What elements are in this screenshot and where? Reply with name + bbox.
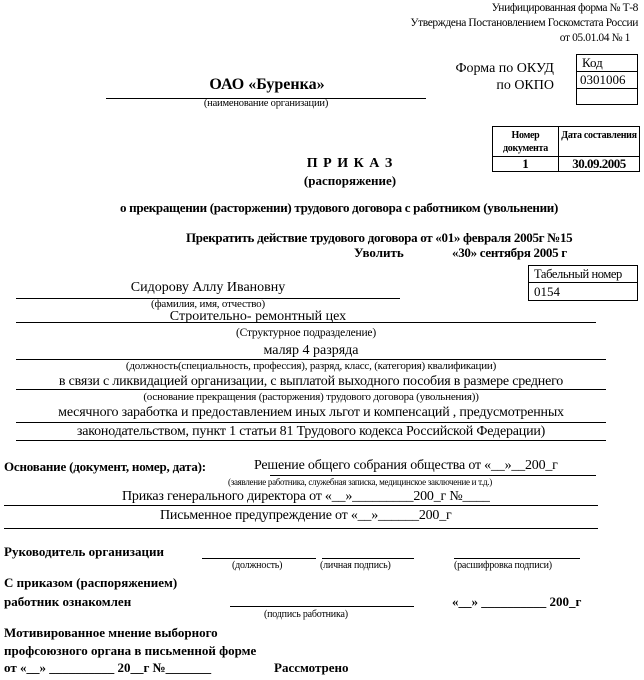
reason-line-3-underline bbox=[16, 440, 606, 441]
doc-number-date-table: Номер документа Дата составления 1 30.09… bbox=[492, 126, 640, 172]
head-signature-line[interactable] bbox=[322, 558, 414, 559]
head-signature-caption: (личная подпись) bbox=[320, 560, 391, 571]
employee-signature-line[interactable] bbox=[230, 606, 414, 607]
basis-caption: (заявление работника, служебная записка,… bbox=[228, 477, 492, 487]
okpo-label: по ОКПО bbox=[496, 78, 554, 94]
basis-label: Основание (документ, номер, дата): bbox=[4, 459, 206, 475]
order-subtitle: (распоряжение) bbox=[250, 173, 450, 189]
reason-caption: (основание прекращения (расторжения) тру… bbox=[16, 391, 606, 403]
doc-number-header: Номер документа bbox=[493, 127, 559, 157]
head-decode-line[interactable] bbox=[454, 558, 580, 559]
dismiss-date: «30» сентября 2005 г bbox=[452, 245, 567, 261]
code-header: Код bbox=[577, 55, 637, 72]
organization-caption: (наименование организации) bbox=[106, 98, 426, 109]
employee-signature-caption: (подпись работника) bbox=[264, 609, 348, 620]
doc-date-value: 30.09.2005 bbox=[559, 157, 639, 171]
head-position-line[interactable] bbox=[202, 558, 316, 559]
head-position-caption: (должность) bbox=[232, 560, 282, 571]
code-box: Код 0301006 bbox=[576, 54, 638, 105]
employee-name: Сидорову Аллу Ивановну bbox=[16, 280, 400, 296]
termination-line: Прекратить действие трудового договора о… bbox=[186, 230, 572, 246]
department-underline bbox=[16, 322, 596, 323]
doc-date-header: Дата составления bbox=[559, 127, 639, 157]
union-line-2: профсоюзного органа в письменной форме bbox=[4, 643, 256, 659]
basis-doc-1: Решение общего собрания общества от «__»… bbox=[254, 458, 558, 474]
order-subject: о прекращении (расторжении) трудового до… bbox=[120, 200, 558, 216]
form-type-line: Унифицированная форма № Т-8 bbox=[492, 2, 638, 14]
reason-line-2: месячного заработка и предоставлением ин… bbox=[16, 405, 606, 421]
ack-label-1: С приказом (распоряжением) bbox=[4, 575, 177, 591]
okud-code-value: 0301006 bbox=[577, 72, 637, 89]
reason-line-2-underline bbox=[16, 422, 606, 423]
tab-number-label: Табельный номер bbox=[529, 266, 637, 283]
union-reviewed: Рассмотрено bbox=[274, 660, 349, 676]
union-line-3: от «__» __________ 20__г №_______ bbox=[4, 660, 211, 676]
organization-name: ОАО «Буренка» bbox=[106, 76, 428, 94]
order-title: П Р И К А З bbox=[250, 156, 450, 172]
ack-label-2: работник ознакомлен bbox=[4, 594, 131, 610]
basis-doc-2-underline bbox=[4, 505, 598, 506]
basis-doc-3: Письменное предупреждение от «__»______2… bbox=[160, 508, 452, 524]
form-approval-line: Утверждена Постановлением Госкомстата Ро… bbox=[410, 17, 638, 29]
department-caption: (Структурное подразделение) bbox=[16, 327, 596, 339]
head-label: Руководитель организации bbox=[4, 544, 164, 560]
position-caption: (должность(специальность, профессия), ра… bbox=[16, 360, 606, 372]
reason-line-3: законодательством, пункт 1 статьи 81 Тру… bbox=[16, 424, 606, 440]
reason-line-1-underline bbox=[16, 389, 606, 390]
dismiss-label: Уволить bbox=[354, 245, 404, 261]
doc-number-value: 1 bbox=[493, 157, 559, 171]
okud-label: Форма по ОКУД bbox=[455, 61, 554, 77]
okpo-code-value bbox=[577, 89, 637, 104]
position: маляр 4 разряда bbox=[16, 343, 606, 359]
ack-date: «__» __________ 200_г bbox=[452, 594, 581, 610]
head-decode-caption: (расшифровка подписи) bbox=[454, 560, 552, 571]
basis-doc-2: Приказ генерального директора от «__»___… bbox=[122, 489, 490, 505]
basis-doc-3-underline bbox=[4, 528, 598, 529]
reason-line-1: в связи с ликвидацией организации, с вып… bbox=[16, 374, 606, 390]
tab-number-box: Табельный номер 0154 bbox=[528, 265, 638, 301]
basis-doc-1-underline bbox=[270, 475, 596, 476]
union-line-1: Мотивированное мнение выборного bbox=[4, 625, 218, 641]
form-approval-date: от 05.01.04 № 1 bbox=[560, 32, 630, 44]
tab-number-value: 0154 bbox=[529, 283, 637, 300]
